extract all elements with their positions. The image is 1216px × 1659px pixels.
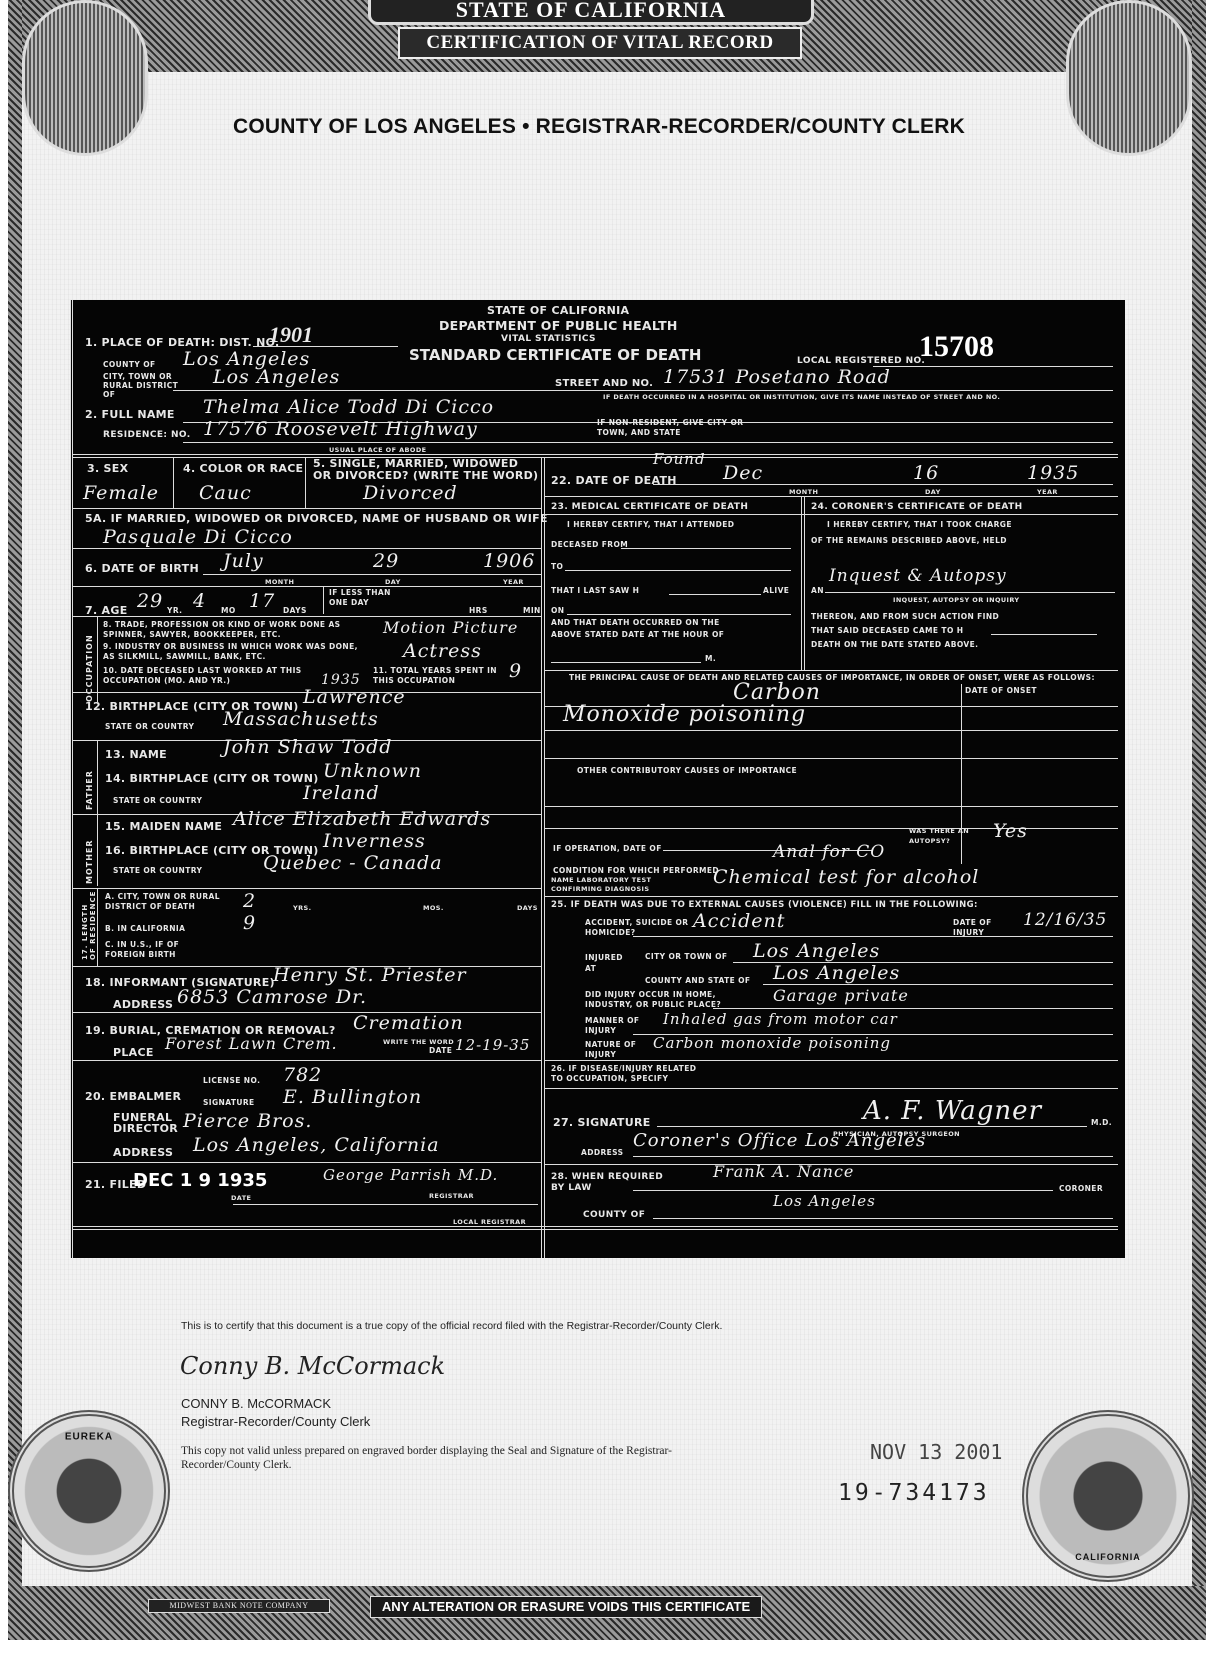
district-number: 1901	[269, 322, 313, 348]
age-days-caption: DAYS	[283, 606, 307, 615]
medical-line-8: M.	[705, 654, 716, 663]
physician-signature-value: A. F. Wagner	[863, 1096, 1042, 1126]
trade-label: 8. TRADE, PROFESSION OR KIND OF WORK DON…	[103, 620, 363, 640]
death-certificate-form: STATE OF CALIFORNIA DEPARTMENT OF PUBLIC…	[70, 300, 1125, 1258]
autopsy-label: WAS THERE AN AUTOPSY?	[909, 826, 979, 846]
nature-label: NATURE OF INJURY	[585, 1040, 645, 1060]
validity-notice: This copy not valid unless prepared on e…	[181, 1444, 741, 1472]
lab-test-label: NAME LABORATORY TEST CONFIRMING DIAGNOSI…	[551, 876, 681, 894]
mother-maiden-name-label: 15. MAIDEN NAME	[105, 820, 222, 833]
embalmer-signature-label: SIGNATURE	[203, 1098, 255, 1107]
coroner-caption: CORONER	[1059, 1184, 1103, 1193]
registrar-title: Registrar-Recorder/County Clerk	[181, 1414, 370, 1429]
death-month-caption: MONTH	[789, 488, 818, 496]
spouse-label: 5A. IF MARRIED, WIDOWED OR DIVORCED, NAM…	[85, 512, 548, 525]
date-of-death-label: 22. DATE OF DEATH	[551, 474, 677, 487]
registrar-name: CONNY B. McCORMACK	[181, 1396, 331, 1411]
residence-label: RESIDENCE: NO.	[103, 430, 191, 440]
coroner-an: AN	[811, 586, 824, 595]
coroner-inquest-caption: INQUEST, AUTOPSY OR INQUIRY	[893, 596, 1020, 604]
less-than-day-label: IF LESS THAN ONE DAY	[329, 588, 399, 608]
funeral-director-label: FUNERAL DIRECTOR	[113, 1112, 173, 1134]
agency-state: STATE OF CALIFORNIA	[487, 304, 629, 317]
injured-city-label: CITY OR TOWN OF	[645, 952, 727, 961]
spouse-value: Pasquale Di Cicco	[103, 526, 293, 548]
father-side-label: FATHER	[85, 744, 94, 810]
age-years-caption: YR.	[167, 606, 182, 615]
agency-department: DEPARTMENT OF PUBLIC HEALTH	[439, 318, 678, 333]
race-label: 4. COLOR OR RACE	[183, 462, 303, 475]
injured-county-value: Los Angeles	[773, 962, 900, 984]
death-day-caption: DAY	[925, 488, 941, 496]
residence-c-label: C. IN U.S., IF OF FOREIGN BIRTH	[105, 940, 215, 960]
total-years-label: 11. TOTAL YEARS SPENT IN THIS OCCUPATION	[373, 666, 503, 686]
father-birthplace-city: Unknown	[323, 760, 422, 782]
medical-line-6: AND THAT DEATH OCCURRED ON THE	[551, 618, 720, 627]
medical-line-2: DECEASED FROM	[551, 540, 628, 549]
residence-a-years: 2	[243, 890, 256, 912]
accident-label: ACCIDENT, SUICIDE OR HOMICIDE?	[585, 918, 695, 938]
date-of-birth-label: 6. DATE OF BIRTH	[85, 562, 199, 575]
md-caption: M.D.	[1091, 1118, 1112, 1127]
physician-signature-label: 27. SIGNATURE	[553, 1116, 651, 1129]
county-label: COUNTY OF	[103, 360, 156, 369]
burial-place-label: PLACE	[113, 1046, 154, 1059]
residence-value: 17576 Roosevelt Highway	[203, 418, 478, 440]
date-of-onset-label: DATE OF ONSET	[965, 686, 1037, 695]
informant-value: Henry St. Priester	[273, 964, 467, 986]
residence-b-label: B. IN CALIFORNIA	[105, 924, 185, 933]
yrs-caption: YRS.	[293, 904, 311, 912]
alteration-warning: ANY ALTERATION OR ERASURE VOIDS THIS CER…	[370, 1596, 762, 1618]
coroner-signature-value: Frank A. Nance	[713, 1162, 854, 1181]
age-years: 29	[137, 590, 163, 612]
autopsy-value: Yes	[993, 820, 1028, 842]
hospital-note: IF DEATH OCCURRED IN A HOSPITAL OR INSTI…	[603, 393, 1000, 401]
medical-line-7: ABOVE STATED DATE AT THE HOUR OF	[551, 630, 724, 639]
certification-statement: This is to certify that this document is…	[181, 1320, 722, 1332]
cause-line-2: Monoxide poisoning	[563, 702, 806, 727]
age-months: 4	[193, 590, 206, 612]
sex-value: Female	[83, 482, 159, 504]
birthplace-city: Lawrence	[303, 686, 406, 708]
sex-label: 3. SEX	[87, 462, 128, 475]
city-value: Los Angeles	[213, 366, 340, 388]
father-name-label: 13. NAME	[105, 748, 167, 761]
full-name-value: Thelma Alice Todd Di Cicco	[203, 396, 494, 418]
year-caption: YEAR	[503, 578, 524, 586]
total-years-value: 9	[509, 660, 522, 682]
informant-address-value: 6853 Camrose Dr.	[177, 986, 367, 1008]
certification-banner: CERTIFICATION OF VITAL RECORD	[398, 27, 802, 59]
medical-line-3: TO	[551, 562, 563, 571]
medical-line-1: I HEREBY CERTIFY, THAT I ATTENDED	[567, 520, 734, 529]
injured-county-label: COUNTY AND STATE OF	[645, 976, 750, 985]
county-seal-icon: CALIFORNIA	[1022, 1410, 1194, 1582]
registrar-signature: George Parrish M.D.	[323, 1166, 498, 1184]
death-month: Dec	[723, 462, 763, 484]
age-days: 17	[249, 590, 275, 612]
issue-date-stamp: NOV 13 2001	[870, 1440, 1002, 1464]
filed-date-caption: DATE	[231, 1194, 251, 1202]
injured-city-value: Los Angeles	[753, 940, 880, 962]
death-year-caption: YEAR	[1037, 488, 1058, 496]
coroner-line-1: I HEREBY CERTIFY, THAT I TOOK CHARGE	[827, 520, 1012, 529]
state-banner: STATE OF CALIFORNIA	[368, 0, 814, 25]
street-value: 17531 Posetano Road	[663, 366, 891, 388]
birth-month: July	[223, 550, 264, 572]
funeral-address-label: ADDRESS	[113, 1146, 173, 1159]
state-seal-icon: EUREKA	[8, 1410, 170, 1572]
residence-b-years: 9	[243, 912, 256, 934]
coroner-county-value: Los Angeles	[773, 1192, 876, 1210]
medical-certificate-label: 23. MEDICAL CERTIFICATE OF DEATH	[551, 502, 748, 512]
full-name-label: 2. FULL NAME	[85, 408, 175, 421]
date-injury-value: 12/16/35	[1023, 910, 1107, 930]
father-birthplace-label: 14. BIRTHPLACE (CITY OR TOWN)	[105, 772, 319, 785]
license-value: 782	[283, 1064, 322, 1086]
minutes-caption: MIN	[523, 606, 541, 615]
medical-line-4-alive: ALIVE	[763, 586, 789, 595]
embalmer-signature-value: E. Bullington	[283, 1086, 422, 1108]
engraved-border-right	[1192, 0, 1206, 1640]
accident-value: Accident	[693, 910, 785, 932]
lab-test-2: Chemical test for alcohol	[713, 866, 979, 888]
registrar-signature: Conny B. McCormack	[180, 1352, 445, 1380]
trade-value: Motion Picture	[383, 618, 518, 637]
coroner-certificate-label: 24. CORONER'S CERTIFICATE OF DEATH	[811, 502, 1023, 512]
burial-place-value: Forest Lawn Crem.	[165, 1034, 338, 1053]
marital-status-label: 5. SINGLE, MARRIED, WIDOWED OR DIVORCED?…	[313, 458, 539, 482]
injured-at-label: INJURED AT	[585, 952, 627, 974]
city-label: CITY, TOWN OR RURAL DISTRICT OF	[103, 372, 193, 399]
birth-day: 29	[373, 550, 399, 572]
manner-label: MANNER OF INJURY	[585, 1016, 645, 1036]
coroner-inquest-value: Inquest & Autopsy	[829, 566, 1007, 586]
death-day: 16	[913, 462, 939, 484]
coroner-line-2: OF THE REMAINS DESCRIBED ABOVE, HELD	[811, 536, 1007, 545]
mother-side-label: MOTHER	[85, 818, 94, 884]
embalmer-label: 20. EMBALMER	[85, 1090, 181, 1103]
state-seal-motto: EUREKA	[65, 1432, 113, 1443]
medical-line-5: ON	[551, 606, 564, 615]
industry-value: Actress	[403, 640, 482, 662]
external-causes-label: 25. IF DEATH WAS DUE TO EXTERNAL CAUSES …	[551, 900, 978, 910]
certificate-title: STANDARD CERTIFICATE OF DEATH	[409, 346, 701, 364]
funeral-address-value: Los Angeles, California	[193, 1134, 440, 1156]
medical-line-4: THAT I LAST SAW H	[551, 586, 639, 595]
nature-value: Carbon monoxide poisoning	[653, 1034, 891, 1052]
funeral-director-value: Pierce Bros.	[183, 1110, 312, 1132]
physician-address-value: Coroner's Office Los Angeles	[633, 1130, 926, 1151]
county-seal-caption: CALIFORNIA	[1075, 1552, 1141, 1562]
hours-caption: HRS	[469, 606, 488, 615]
operation-label: IF OPERATION, DATE OF	[553, 844, 662, 853]
write-word-caption: WRITE THE WORD	[383, 1038, 454, 1046]
usual-place-note: USUAL PLACE OF ABODE	[329, 446, 426, 454]
filed-date-stamp: DEC 1 9 1935	[133, 1170, 267, 1191]
birthplace-state-label: STATE OR COUNTRY	[105, 722, 194, 731]
residence-length-side-label: 17. LENGTH OF RESIDENCE	[81, 890, 97, 960]
coroner-line-4: THAT SAID DECEASED CAME TO H	[811, 626, 963, 635]
occupation-side-label: OCCUPATION	[85, 618, 94, 702]
coroner-line-3: THEREON, AND FROM SUCH ACTION FIND	[811, 612, 999, 621]
physician-address-label: ADDRESS	[581, 1148, 623, 1157]
lab-test-1: Anal for CO	[773, 842, 885, 862]
marital-status-value: Divorced	[363, 482, 458, 504]
nonresident-label: IF NON-RESIDENT, GIVE CITY OR TOWN, AND …	[597, 418, 747, 438]
printer-imprint: MIDWEST BANK NOTE COMPANY	[148, 1599, 330, 1613]
father-birthplace-state: Ireland	[303, 782, 380, 804]
date-of-death-note: Found	[653, 450, 706, 468]
mos-caption: MOS.	[423, 904, 444, 912]
burial-date-value: 12-19-35	[455, 1036, 530, 1054]
local-registered-label: LOCAL REGISTERED NO.	[797, 356, 925, 366]
mother-birthplace-state: Quebec - Canada	[263, 852, 443, 874]
condition-label: CONDITION FOR WHICH PERFORMED	[553, 866, 719, 875]
date-injury-label: DATE OF INJURY	[953, 918, 1013, 938]
death-year: 1935	[1027, 462, 1079, 484]
residence-a-label: A. CITY, TOWN OR RURAL DISTRICT OF DEATH	[105, 892, 245, 912]
day-caption: DAY	[385, 578, 401, 586]
industry-label: 9. INDUSTRY OR BUSINESS IN WHICH WORK WA…	[103, 642, 363, 662]
burial-date-label: DATE	[429, 1046, 452, 1055]
injury-place-value: Garage private	[773, 986, 909, 1005]
burial-value: Cremation	[353, 1012, 464, 1034]
injury-place-label: DID INJURY OCCUR IN HOME, INDUSTRY, OR P…	[585, 990, 735, 1010]
mother-maiden-name-value: Alice Elizabeth Edwards	[233, 808, 491, 830]
manner-value: Inhaled gas from motor car	[663, 1010, 898, 1028]
other-causes-label: OTHER CONTRIBUTORY CAUSES OF IMPORTANCE	[577, 766, 797, 775]
license-label: LICENSE NO.	[203, 1076, 260, 1085]
month-caption: MONTH	[265, 578, 294, 586]
coroner-county-label: COUNTY OF	[583, 1210, 645, 1220]
certificate-number: 19-734173	[838, 1480, 990, 1506]
mother-state-label: STATE OR COUNTRY	[113, 866, 202, 875]
coroner-line-5: DEATH ON THE DATE STATED ABOVE.	[811, 640, 978, 649]
occupation-related-label: 26. IF DISEASE/INJURY RELATED TO OCCUPAT…	[551, 1064, 711, 1084]
county-header: COUNTY OF LOS ANGELES • REGISTRAR-RECORD…	[0, 115, 1198, 139]
street-label: STREET AND NO.	[555, 378, 653, 389]
mother-birthplace-city: Inverness	[323, 830, 426, 852]
cause-label: THE PRINCIPAL CAUSE OF DEATH AND RELATED…	[551, 672, 1111, 683]
father-name-value: John Shaw Todd	[223, 736, 392, 758]
last-worked-label: 10. DATE DECEASED LAST WORKED AT THIS OC…	[103, 666, 353, 686]
father-state-label: STATE OR COUNTRY	[113, 796, 202, 805]
days-caption: DAYS	[517, 904, 538, 912]
engraved-border-left	[8, 0, 22, 1640]
local-registered-number: 15708	[919, 330, 994, 364]
race-value: Cauc	[199, 482, 252, 504]
informant-address-label: ADDRESS	[113, 998, 173, 1011]
birthplace-state: Massachusetts	[223, 708, 379, 730]
agency-vital-statistics: VITAL STATISTICS	[501, 334, 596, 344]
birth-year: 1906	[483, 550, 535, 572]
local-registrar-caption: LOCAL REGISTRAR	[453, 1218, 526, 1226]
age-months-caption: MO	[221, 606, 236, 615]
registrar-caption: REGISTRAR	[429, 1192, 474, 1200]
